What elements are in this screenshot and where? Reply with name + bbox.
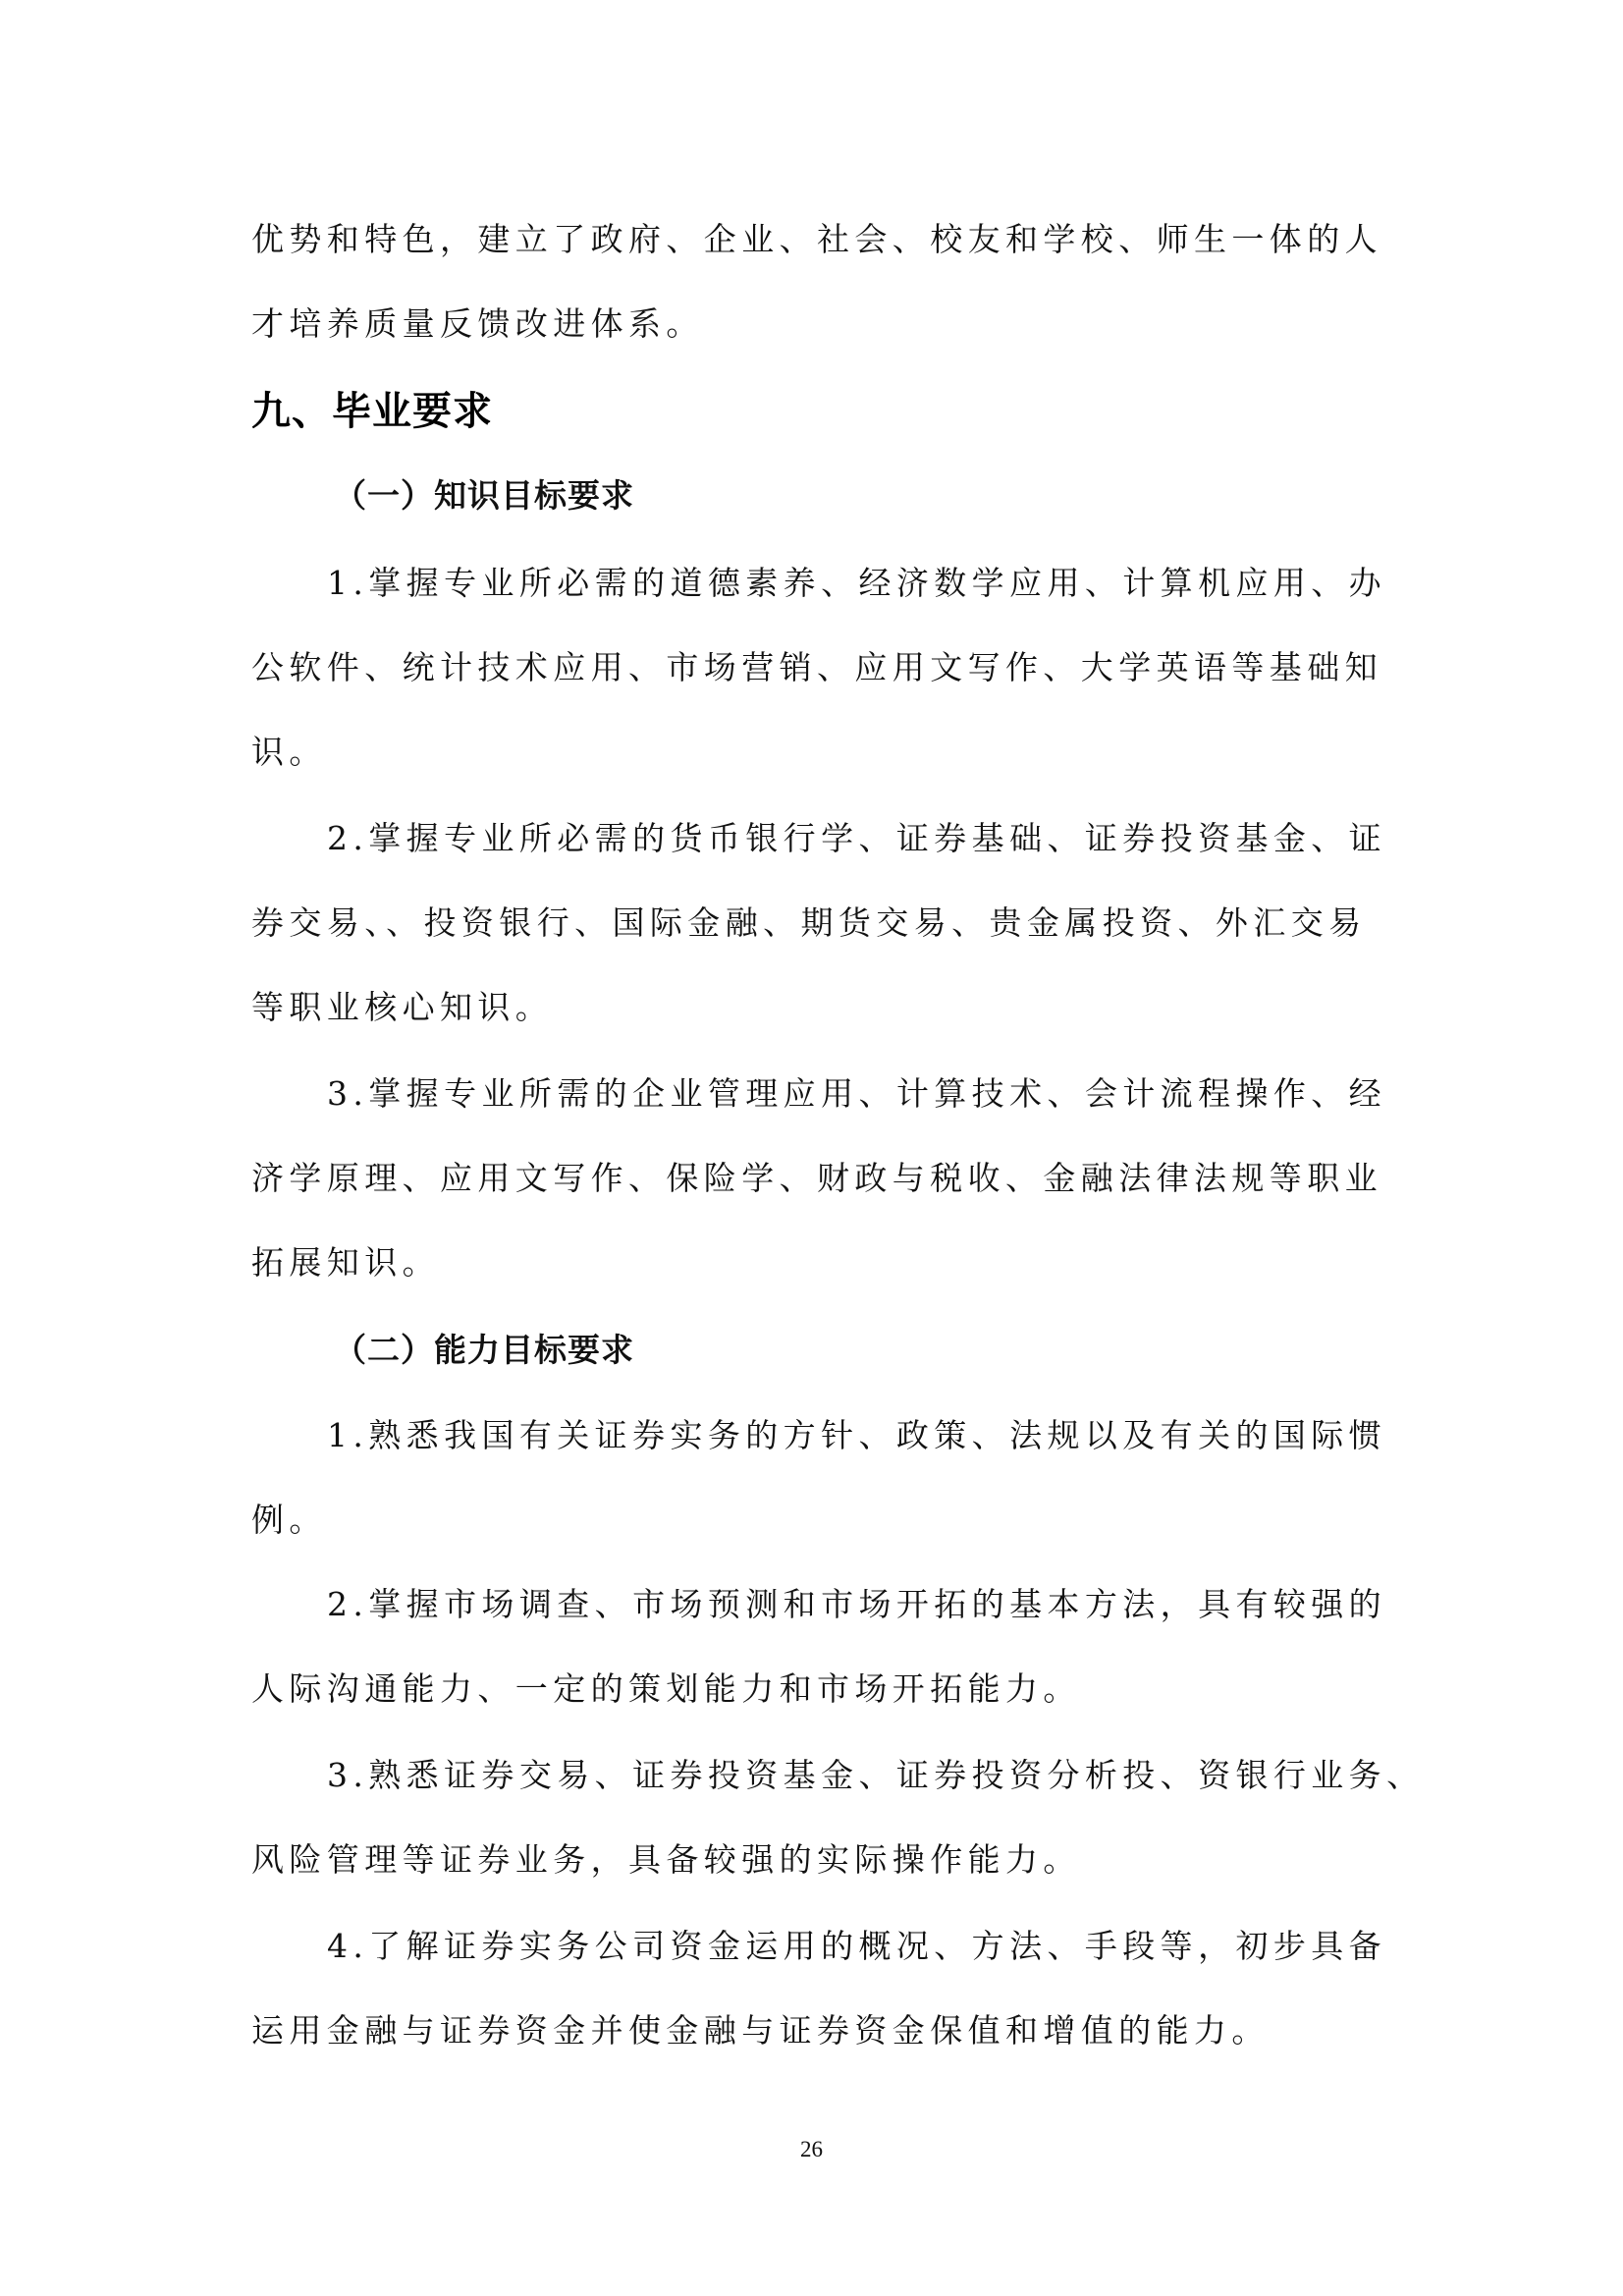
ability-item-1-line-2: 例。: [251, 1501, 327, 1540]
intro-line-2: 才培养质量反馈改进体系。: [251, 304, 704, 344]
intro-line-1: 优势和特色，建立了政府、企业、社会、校友和学校、师生一体的人: [251, 220, 1382, 259]
knowledge-item-3-line-3: 拓展知识。: [251, 1243, 440, 1283]
ability-item-4-line-2: 运用金融与证券资金并使金融与证券资金保值和增值的能力。: [251, 2011, 1270, 2050]
page-number: 26: [0, 2137, 1623, 2162]
knowledge-item-3-line-2: 济学原理、应用文写作、保险学、财政与税收、金融法律法规等职业: [251, 1159, 1382, 1198]
knowledge-item-1-line-3: 识。: [251, 733, 327, 772]
ability-item-1-line-1: 1.熟悉我国有关证券实务的方针、政策、法规以及有关的国际惯: [327, 1416, 1386, 1455]
knowledge-item-2-line-2: 券交易、、投资银行、国际金融、期货交易、贵金属投资、外汇交易: [251, 903, 1367, 943]
knowledge-item-1-line-1: 1.掌握专业所必需的道德素养、经济数学应用、计算机应用、办: [327, 564, 1386, 603]
knowledge-item-2-line-1: 2.掌握专业所必需的货币银行学、证券基础、证券投资基金、证: [327, 819, 1386, 858]
ability-item-2-line-1: 2.掌握市场调查、市场预测和市场开拓的基本方法，具有较强的: [327, 1585, 1386, 1624]
ability-item-3-line-1: 3.熟悉证券交易、证券投资基金、证券投资分析投、资银行业务、: [327, 1756, 1425, 1795]
knowledge-item-3-line-1: 3.掌握专业所需的企业管理应用、计算技术、会计流程操作、经: [327, 1074, 1386, 1114]
ability-item-2-line-2: 人际沟通能力、一定的策划能力和市场开拓能力。: [251, 1669, 1081, 1709]
section-title: 九、毕业要求: [251, 388, 493, 435]
ability-item-4-line-1: 4.了解证券实务公司资金运用的概况、方法、手段等，初步具备: [327, 1927, 1386, 1966]
document-page: 优势和特色，建立了政府、企业、社会、校友和学校、师生一体的人 才培养质量反馈改进…: [0, 0, 1623, 2296]
ability-item-3-line-2: 风险管理等证券业务，具备较强的实际操作能力。: [251, 1840, 1081, 1880]
knowledge-item-1-line-2: 公软件、统计技术应用、市场营销、应用文写作、大学英语等基础知: [251, 648, 1382, 687]
ability-subheading: （二）能力目标要求: [334, 1331, 634, 1370]
knowledge-subheading: （一）知识目标要求: [334, 476, 634, 516]
knowledge-item-2-line-3: 等职业核心知识。: [251, 988, 553, 1027]
